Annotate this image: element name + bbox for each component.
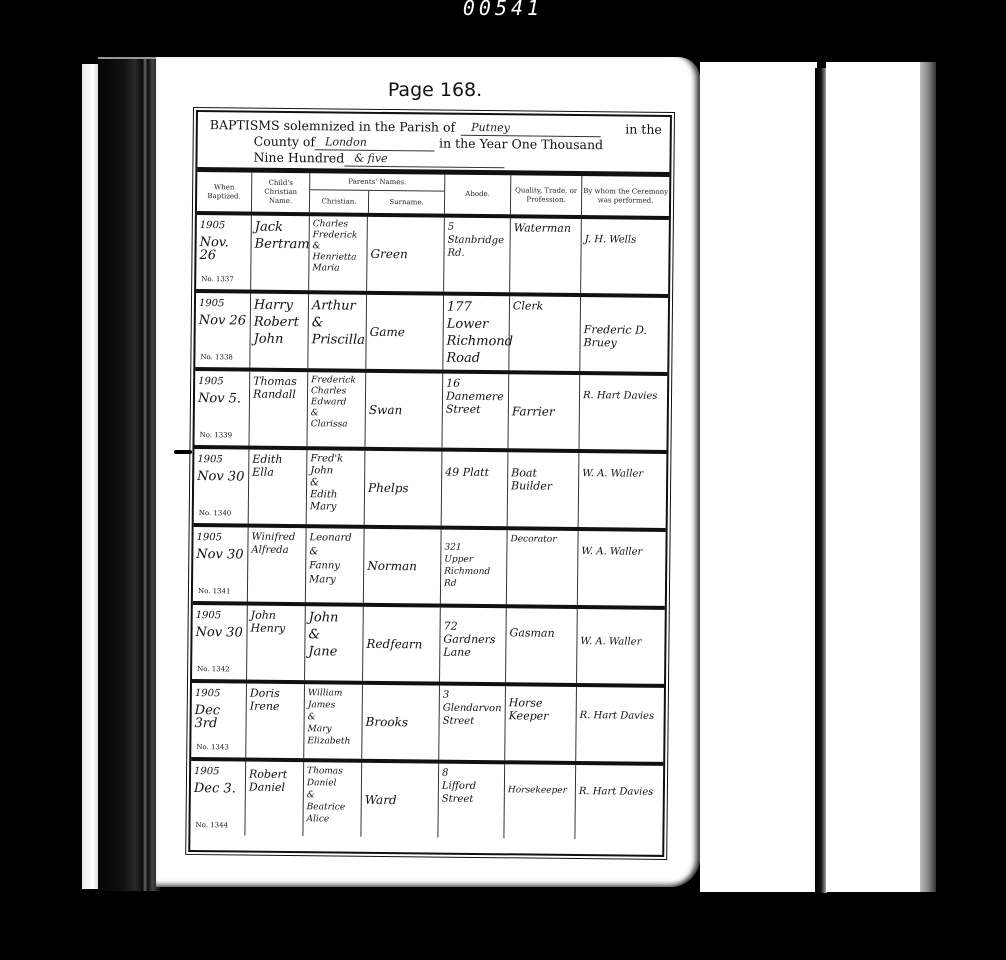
entry-surname: Brooks xyxy=(362,685,440,760)
entry-year: 1905 xyxy=(200,220,226,231)
entry-year: 1905 xyxy=(198,376,224,387)
parish-value: Putney xyxy=(461,120,601,137)
county-label: County of xyxy=(254,134,316,151)
entry-surname: Swan xyxy=(365,373,443,448)
entry-number: No. 1338 xyxy=(200,351,233,364)
entry-child: John Henry xyxy=(247,606,306,681)
entry-child: Jack Bertram xyxy=(251,216,310,291)
heading-suffix-1: in the xyxy=(625,121,662,137)
entry-surname: Ward xyxy=(361,763,439,838)
col-parents: Parents' Names. Christian. Surname. xyxy=(310,173,445,213)
entry-child: Thomas Randall xyxy=(249,372,308,447)
entry-surname: Green xyxy=(367,217,445,292)
entry-child: Robert Daniel xyxy=(245,762,304,837)
entry-year: 1905 xyxy=(199,298,225,309)
entry-abode: 49 Platt xyxy=(442,452,509,527)
col-when: When Baptized. xyxy=(197,172,252,212)
entry-number: No. 1344 xyxy=(195,819,228,832)
entry-child: Winifred Alfreda xyxy=(248,528,307,603)
entry-abode: 177 Lower Richmond Road xyxy=(443,296,510,371)
entry-minister: W. A. Waller xyxy=(579,453,667,528)
book-page-edges-right xyxy=(920,62,936,892)
entry-date: Nov 5. xyxy=(198,392,246,406)
entry-quality: Waterman xyxy=(510,218,582,293)
entry-date: Nov. 26 xyxy=(199,236,247,263)
entry-quality: Horse Keeper xyxy=(505,686,577,761)
entry-child: Edith Ella xyxy=(249,450,308,525)
heading-prefix: BAPTISMS solemnized in the Parish of xyxy=(210,117,455,136)
table-row: 1905Dec 3.No. 1344 Robert Daniel Thomas … xyxy=(190,761,663,840)
entry-parents-christian: William James & Mary Elizabeth xyxy=(304,684,363,759)
county-value: London xyxy=(315,134,435,151)
entry-abode: 8 Lifford Street xyxy=(438,764,505,839)
col-christian: Christian. xyxy=(310,190,369,213)
entry-surname: Redfearn xyxy=(363,607,441,682)
entry-abode: 3 Glendarvon Street xyxy=(439,686,506,761)
entry-number: No. 1340 xyxy=(199,507,232,520)
year-label: Nine Hundred xyxy=(253,150,344,167)
entry-child: Harry Robert John xyxy=(250,294,309,369)
page-title: Page 168. xyxy=(190,79,680,101)
entry-abode: 72 Gardners Lane xyxy=(440,608,507,683)
column-headers: When Baptized. Child's Christian Name. P… xyxy=(197,172,669,220)
margin-pointer-mark xyxy=(174,450,192,454)
entry-minister: R. Hart Davies xyxy=(575,765,663,840)
entry-quality: Clerk xyxy=(509,296,581,371)
entry-minister: W. A. Waller xyxy=(578,531,666,606)
entry-quality: Boat Builder xyxy=(508,452,580,527)
entry-number: No. 1342 xyxy=(197,663,230,676)
table-row: 1905Dec 3rdNo. 1343 Doris Irene William … xyxy=(191,683,664,766)
entry-year: 1905 xyxy=(195,688,221,699)
heading-suffix-2: in the Year One Thousand xyxy=(439,136,603,154)
entry-minister: R. Hart Davies xyxy=(579,375,667,450)
table-row: 1905Nov 30No. 1341 Winifred Alfreda Leon… xyxy=(193,527,666,610)
facing-page xyxy=(700,62,817,892)
microfilm-frame-number: 00541 xyxy=(0,0,1006,16)
entry-number: No. 1339 xyxy=(200,429,233,442)
entry-number: No. 1337 xyxy=(201,273,234,286)
table-row: 1905Nov 30No. 1342 John Henry John & Jan… xyxy=(192,605,665,688)
book-spine xyxy=(98,57,160,891)
entry-date: Nov 30 xyxy=(195,626,243,640)
entry-minister: R. Hart Davies xyxy=(576,687,664,762)
entry-date: Nov 30 xyxy=(197,470,245,484)
entry-quality: Farrier xyxy=(508,374,580,449)
facing-page-2 xyxy=(826,62,921,892)
entry-parents-christian: Arthur & Priscilla xyxy=(308,294,367,369)
entry-abode: 16 Danemere Street xyxy=(442,374,509,449)
entry-surname: Game xyxy=(366,295,444,370)
entry-year: 1905 xyxy=(197,454,223,465)
year-value: & five xyxy=(344,151,504,169)
entry-abode: 5 Stanbridge Rd. xyxy=(444,218,511,293)
entry-minister: W. A. Waller xyxy=(577,609,665,684)
entry-parents-christian: Charles Frederick & Henrietta Maria xyxy=(309,216,368,291)
entry-minister: J. H. Wells xyxy=(581,219,669,294)
register-heading: BAPTISMS solemnized in the Parish of Put… xyxy=(197,112,670,177)
col-parents-title: Parents' Names. xyxy=(310,173,444,191)
col-abode: Abode. xyxy=(445,175,511,215)
entry-year: 1905 xyxy=(196,610,222,621)
entry-date: Dec 3rd xyxy=(195,704,243,731)
col-child: Child's Christian Name. xyxy=(252,173,310,213)
table-row: 1905Nov 26No. 1338 Harry Robert John Art… xyxy=(195,293,668,376)
entry-number: No. 1343 xyxy=(196,741,229,754)
entry-date: Dec 3. xyxy=(194,782,242,796)
entry-minister: Frederic D. Bruey xyxy=(580,297,668,372)
col-minister: By whom the Ceremony was performed. xyxy=(582,176,669,216)
entry-parents-christian: Thomas Daniel & Beatrice Alice xyxy=(303,762,362,837)
entry-quality: Gasman xyxy=(506,608,578,683)
entry-surname: Phelps xyxy=(365,451,443,526)
baptism-register-table: BAPTISMS solemnized in the Parish of Put… xyxy=(188,110,672,857)
entry-date: Nov 26 xyxy=(199,314,247,328)
entry-abode: 321 Upper Richmond Rd xyxy=(441,530,508,605)
table-row: 1905Nov 5.No. 1339 Thomas Randall Freder… xyxy=(194,371,667,454)
entry-parents-christian: Leonard & Fanny Mary xyxy=(306,528,365,603)
entry-parents-christian: Frederick Charles Edward & Clarissa xyxy=(307,372,366,447)
entry-parents-christian: John & Jane xyxy=(305,606,364,681)
entry-quality: Decorator xyxy=(507,530,579,605)
entry-number: No. 1341 xyxy=(198,585,231,598)
entry-parents-christian: Fred'k John & Edith Mary xyxy=(307,450,366,525)
col-surname: Surname. xyxy=(369,191,444,214)
table-row: 1905Nov 30No. 1340 Edith Ella Fred'k Joh… xyxy=(194,449,667,532)
col-quality: Quality, Trade, or Profession. xyxy=(511,175,582,215)
entry-year: 1905 xyxy=(196,532,222,543)
entry-surname: Norman xyxy=(364,529,442,604)
entry-quality: Horsekeeper xyxy=(504,764,576,839)
entry-year: 1905 xyxy=(194,766,220,777)
entry-child: Doris Irene xyxy=(246,684,305,759)
table-row: 1905Nov. 26No. 1337 Jack Bertram Charles… xyxy=(196,215,669,298)
entry-date: Nov 30 xyxy=(196,548,244,562)
